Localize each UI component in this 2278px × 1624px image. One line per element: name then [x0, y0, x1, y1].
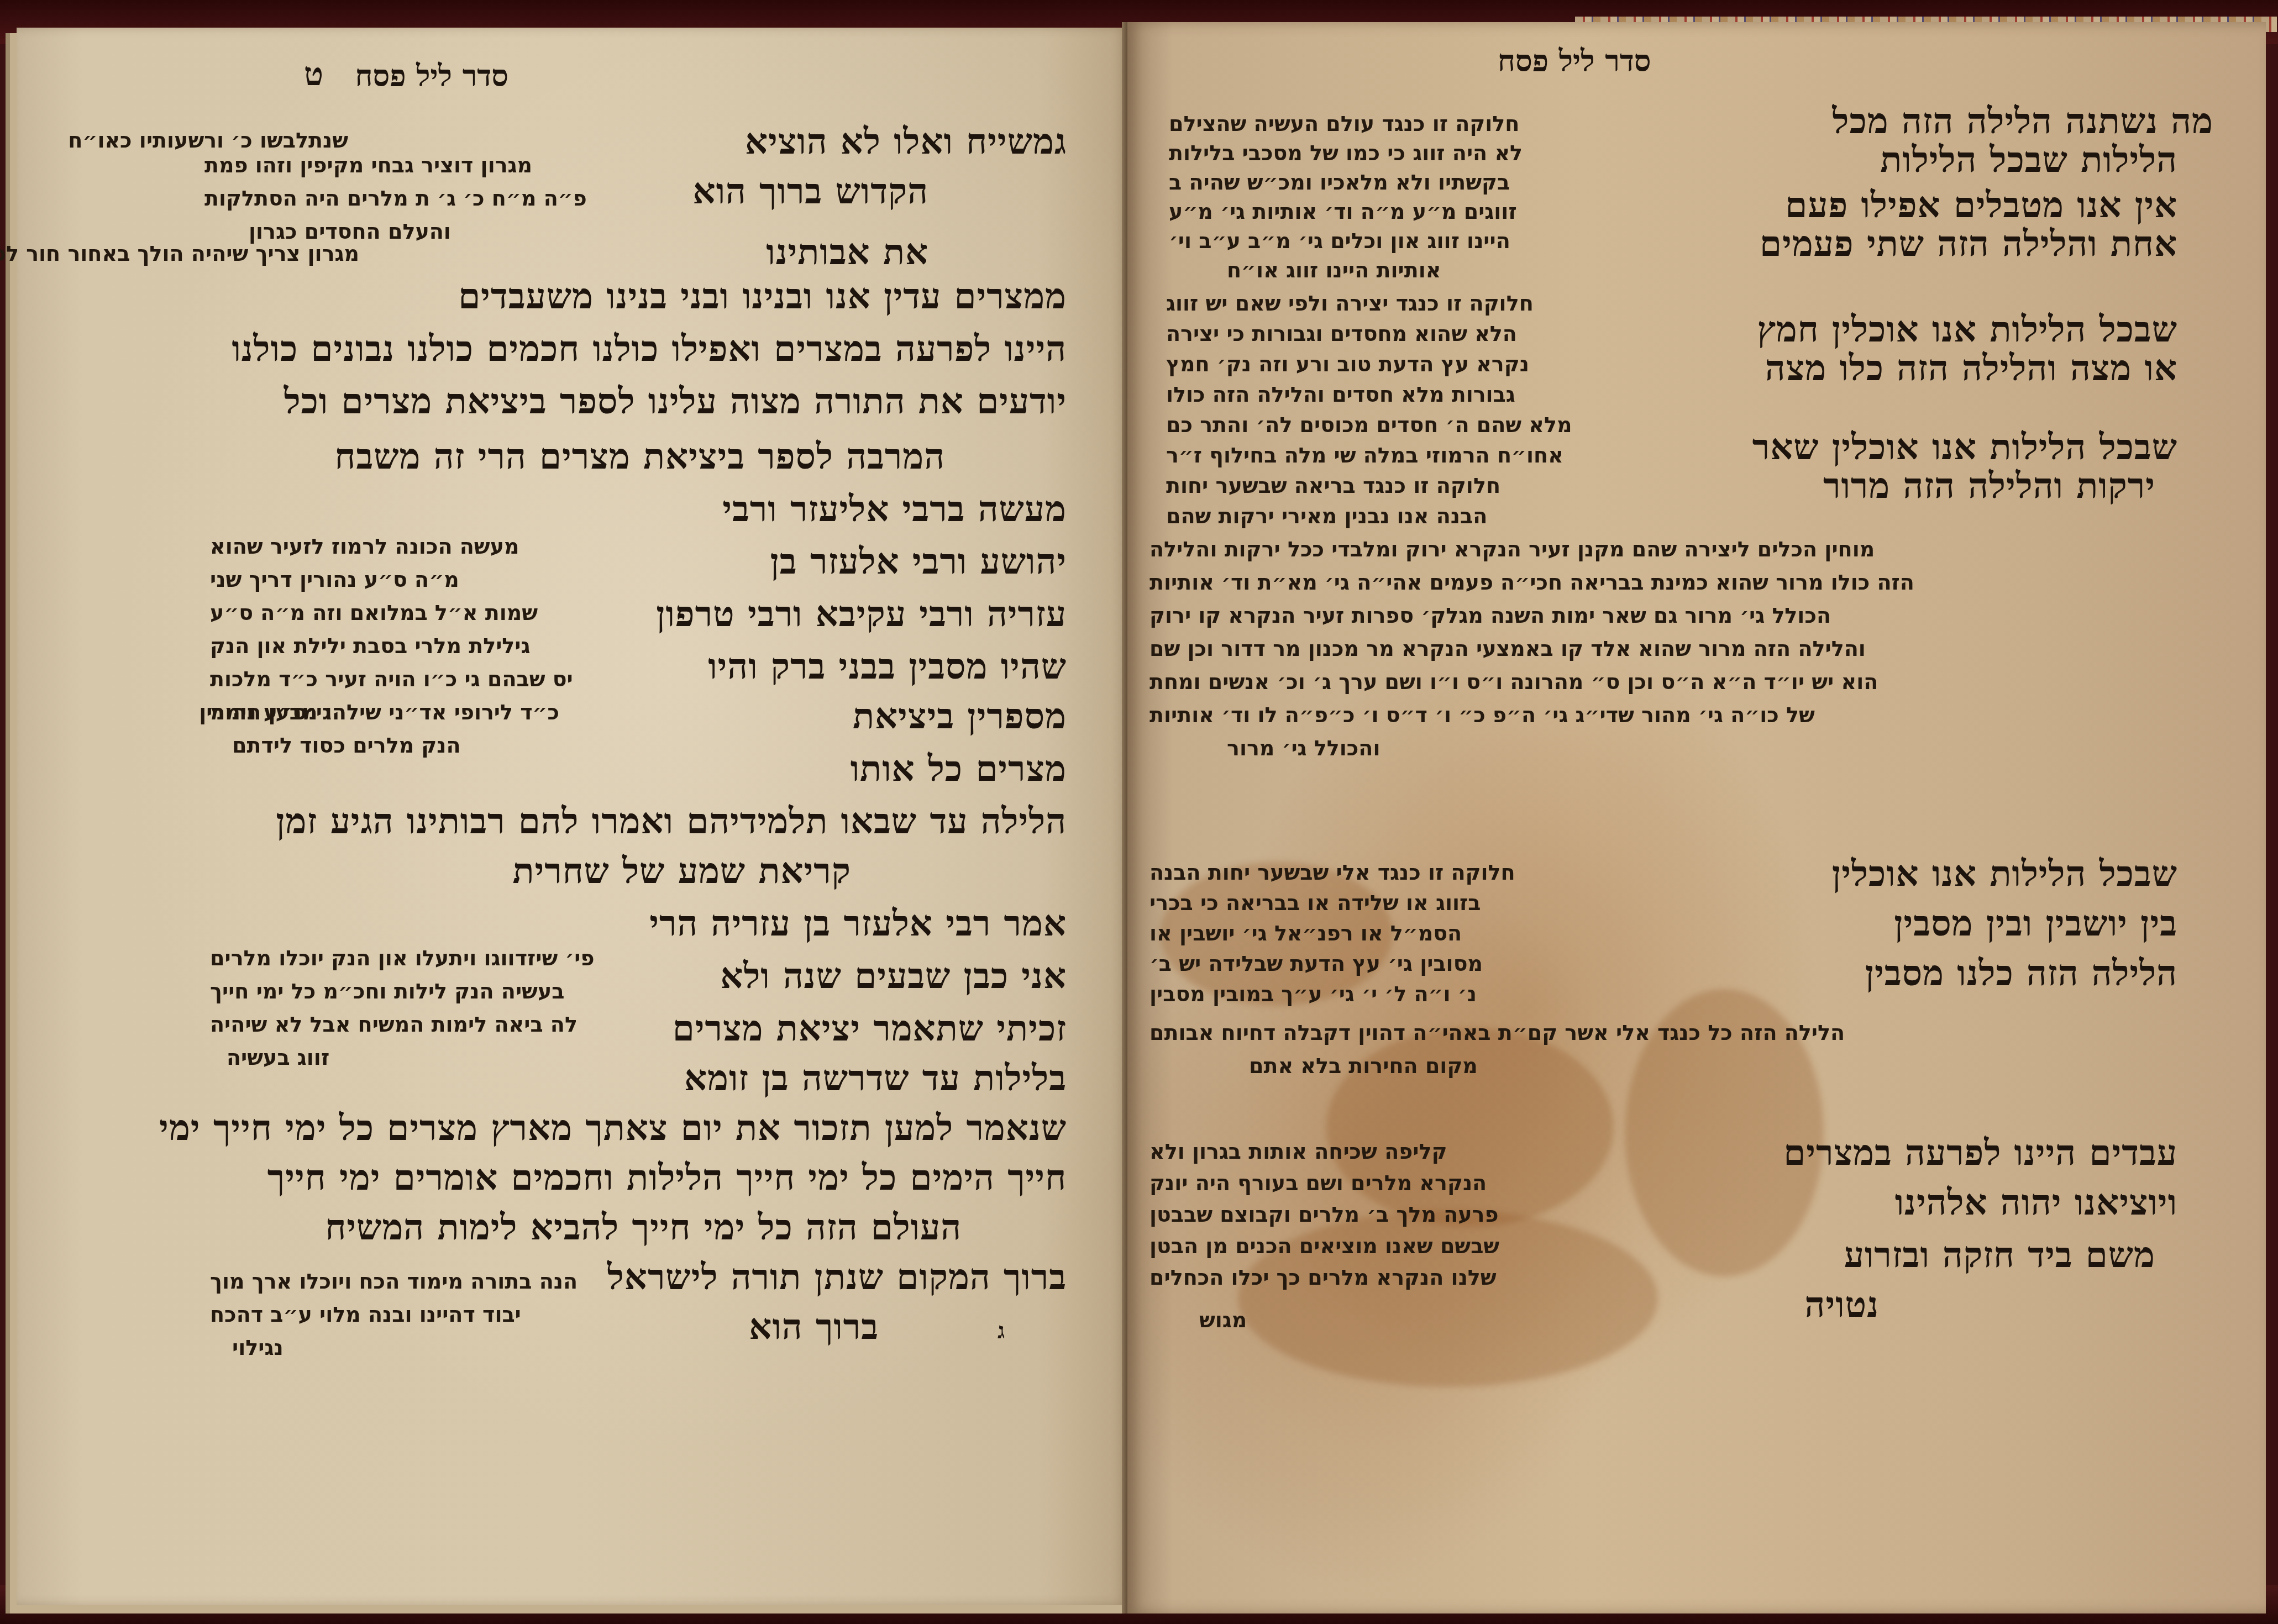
commentary-line: גילילת מלרי בסבת ילילת און הנק	[210, 635, 531, 656]
commentary-line: הלילה הזה כל כנגד אלי אשר קם״ת באהי״ה דה…	[1150, 1022, 1845, 1043]
main-text-line: הלילה הזה כלנו מסבין	[1865, 956, 2177, 991]
commentary-line: יס שבהם גי כ״ו הויה זעיר כ״ד מלכות	[210, 669, 573, 690]
main-text-line: הקדוש ברוך הוא	[693, 174, 928, 209]
commentary-line: פרעה מלך ב׳ מלרים וקבוצם שבבטן	[1150, 1204, 1498, 1225]
commentary-line: שבשם שאנו מוציאים הכנים מן הבטן	[1150, 1236, 1499, 1257]
commentary-line: הזה כולו מרור שהוא כמינת בבריאה חכי״ה פע…	[1150, 572, 1914, 593]
commentary-line: פ״ה מ״ח כ׳ ג׳ ת מלרים היה הסתלקות	[204, 188, 587, 209]
commentary-line: והעלם החסדים כגרון	[249, 221, 451, 242]
main-text-line: שבכל הלילות אנו אוכלין חמץ	[1757, 312, 2177, 348]
commentary-line: אחו״ח הרמוזי במלה שי מלה בחילוף ז״ר	[1166, 445, 1563, 466]
commentary-line: חלוקה זו כנגד בריאה שבשער יחות	[1166, 475, 1500, 496]
main-text-line: או מצה והלילה הזה כלו מצה	[1765, 351, 2177, 386]
main-text-line: חייך הימים כל ימי חייך הלילות וחכמים אומ…	[267, 1160, 1067, 1196]
commentary-line: פי׳ שיזדווגו ויתעלו און הנק יוכלו מלרים	[210, 948, 595, 969]
main-text-line: אין אנו מטבלים אפילו פעם	[1785, 188, 2177, 223]
main-text-line: ברוך הוא	[749, 1310, 879, 1345]
main-text-line: בלילות עד שדרשה בן זומא	[684, 1061, 1067, 1096]
commentary-line: והכולל גי׳ מרור	[1227, 738, 1381, 759]
main-text-line: הלילה עד שבאו תלמידיהם ואמרו להם רבותינו…	[276, 804, 1067, 839]
commentary-line: מגרון דוציר גבחי מקיפין וזהו פמת	[204, 155, 532, 176]
main-text-line: הלילות שבכל הלילות	[1880, 143, 2177, 178]
commentary-line: חלוקה זו כנגד אלי שבשער יחות הבנה	[1150, 862, 1515, 883]
main-text-line: את אבותינו	[766, 235, 928, 270]
main-text-line: זכיתי שתאמר יציאת מצרים	[673, 1011, 1067, 1047]
commentary-line: מקום החירות בלא אתם	[1249, 1055, 1478, 1076]
main-text-line: בין יושבין ובין מסבין	[1894, 906, 2177, 942]
main-text-line: מה נשתנה הלילה הזה מכל	[1832, 104, 2213, 139]
left-running-head: סדר ליל פסח	[355, 58, 508, 93]
commentary-line: הנק מלרים כסוד לידתם	[232, 735, 461, 756]
commentary-line: מגרון צריך שיהיה הולך באחור חור לפניס	[0, 243, 359, 264]
main-text-line: שנאמר למען תזכור את יום צאתך מארץ מצרים …	[159, 1111, 1067, 1146]
main-text-line: העולם הזה כל ימי חייך להביא לימות המשיח	[325, 1210, 962, 1245]
commentary-line: נקרא עץ הדעת טוב ורע וזה נק׳ חמץ	[1166, 354, 1529, 375]
commentary-line: לא היה זווג כי כמו של מסכבי בלילות	[1169, 143, 1523, 164]
commentary-line: הכולל גי׳ מרור גם שאר ימות השנה מגלק׳ ספ…	[1150, 605, 1831, 626]
main-text-line: גמשייח ואלו לא הוציא	[745, 124, 1067, 160]
main-text-line: קריאת שמע של שחרית	[512, 854, 851, 889]
commentary-line: הלא שהוא מחסדים וגבורות כי יצירה	[1166, 323, 1517, 344]
main-text-line: שבכל הלילות אנו אוכלין	[1832, 856, 2177, 892]
main-text-line: ויוציאנו יהוה אלהינו	[1895, 1185, 2177, 1221]
commentary-line: והלילה הזה מרור שהוא אלד קו באמצעי הנקרא…	[1150, 638, 1866, 659]
commentary-line: נ׳ ו״ה ל׳ י׳ גי׳ ע״ך במובין מסבין	[1150, 984, 1477, 1005]
commentary-line: בזווג או שלידה או בבריאה כי בכרי	[1150, 892, 1481, 913]
main-text-line: עזריה ורבי עקיבא ורבי טרפון	[656, 597, 1067, 632]
commentary-line: מוחין הכלים ליצירה שהם מקנן זעיר הנקרא י…	[1150, 539, 1875, 560]
commentary-line: מעשה הכונה לרמוז לזעיר שהוא	[210, 536, 519, 557]
main-text-line: אמר רבי אלעזר בן עזריה הרי	[649, 906, 1067, 942]
commentary-line: שלנו הנקרא מלרים כך יכלו הכחלים	[1150, 1267, 1497, 1288]
main-text-line: אני כבן שבעים שנה ולא	[720, 959, 1067, 994]
main-text-line: המרבה לספר ביציאת מצרים הרי זה משבח	[335, 439, 945, 475]
commentary-line: קליפה שכיחה אותות בגרון ולא	[1150, 1141, 1447, 1162]
commentary-line: שמות א״ל במלואם וזה מ״ה ס״ע	[210, 602, 538, 623]
commentary-line: חלוקה זו כנגד יצירה ולפי שאם יש זווג	[1166, 293, 1534, 314]
commentary-line: זווגים מ״ע מ״ה וד׳ אותיות גי׳ מ״ע	[1169, 201, 1517, 222]
main-text-line: מספרין ביציאת	[853, 699, 1067, 734]
commentary-line: נגילוי	[232, 1337, 284, 1358]
commentary-line: גי׳ס״ע נהורין	[199, 702, 332, 723]
main-text-line: שהיו מסבין בבני ברק והיו	[708, 649, 1067, 685]
commentary-line: בקשתיו ולא מלאכיו ומכ״ש שהיה ב	[1169, 172, 1510, 193]
commentary-line: מגוש	[1199, 1310, 1247, 1331]
commentary-line: יבוד דהיינו ובנה מלוי ע״ב דהכח	[210, 1304, 521, 1325]
main-text-line: נטויה	[1805, 1287, 1879, 1323]
commentary-line: הנקרא מלרים ושם בעורף היה יונק	[1150, 1173, 1487, 1194]
catchword: ג	[998, 1318, 1005, 1344]
commentary-line: חלוקה זו כנגד עולם העשיה שהצילם	[1169, 113, 1519, 134]
main-text-line: מעשה ברבי אליעזר ורבי	[722, 492, 1067, 527]
commentary-line: לה ביאה לימות המשיח אבל לא שיהיה	[210, 1014, 578, 1035]
main-text-line: יהושע ורבי אלעזר בן	[770, 544, 1067, 580]
main-text-line: עבדים היינו לפרעה במצרים	[1783, 1136, 2177, 1171]
main-text-line: יודעים את התורה מצוה עלינו לספר ביציאת מ…	[284, 384, 1067, 419]
page-number: ט	[304, 55, 323, 93]
main-text-line: ירקות והלילה הזה מרור	[1823, 469, 2155, 504]
left-page: סדר ליל פסח ט גמשייח ואלו לא הוציא הקדוש…	[17, 28, 1127, 1605]
commentary-line: גבורות מלא חסדים והלילה הזה כולו	[1166, 384, 1515, 405]
right-page: סדר ליל פסח מה נשתנה הלילה הזה מכל הלילו…	[1127, 22, 2266, 1614]
commentary-line: הסמ״ל או רפנ״אל גי׳ יושבין או	[1150, 923, 1462, 944]
commentary-line: זווג בעשיה	[227, 1047, 329, 1068]
commentary-line: הנה בתורה מימוד הכח ויוכלו ארך מוך	[210, 1271, 578, 1292]
commentary-line: מ״ה ס״ע נהורין דריך שני	[210, 569, 459, 590]
main-text-line: היינו לפרעה במצרים ואפילו כולנו חכמים כו…	[232, 332, 1067, 367]
commentary-line: הוא יש יו״ד ה״א ה״ס וכן ס״ מהרונה ו״ס ו״…	[1150, 671, 1878, 692]
commentary-line: הבנה אנו נבנין מאירי ירקות שהם	[1166, 506, 1487, 527]
main-text-line: ברוך המקום שנתן תורה לישראל	[607, 1260, 1067, 1295]
main-text-line: אחת והלילה הזה שתי פעמים	[1760, 227, 2177, 262]
commentary-line: שנתלבשו כ׳ ורשעותיו כאו״ח	[68, 130, 348, 151]
main-text-line: מצרים כל אותו	[851, 751, 1067, 787]
commentary-line: בעשיה הנק לילות וחכ״מ כל ימי חייך	[210, 981, 564, 1002]
commentary-line: מלא שהם ה׳ חסדים מכוסים לה׳ והתר כם	[1166, 414, 1572, 435]
main-text-line: שבכל הלילות אנו אוכלין שאר	[1752, 430, 2177, 465]
commentary-line: היינו זווג און וכלים גי׳ מ״ב ע״ב וי׳	[1169, 230, 1510, 251]
main-text-line: ממצרים עדין אנו ובנינו ובני בנינו משעבדי…	[458, 279, 1067, 314]
commentary-line: אותיות היינו זווג או״ח	[1227, 260, 1441, 281]
main-text-line: משם ביד חזקה ובזרוע	[1844, 1238, 2155, 1273]
commentary-line: מסובין גי׳ עץ הדעת שבלידה יש ב׳	[1150, 953, 1483, 974]
commentary-line: של כו״ה גי׳ מהור שדי״ג גי׳ ה״פ כ״ ו׳ ד״ס…	[1150, 705, 1815, 726]
right-running-head: סדר ליל פסח	[1498, 43, 1651, 78]
